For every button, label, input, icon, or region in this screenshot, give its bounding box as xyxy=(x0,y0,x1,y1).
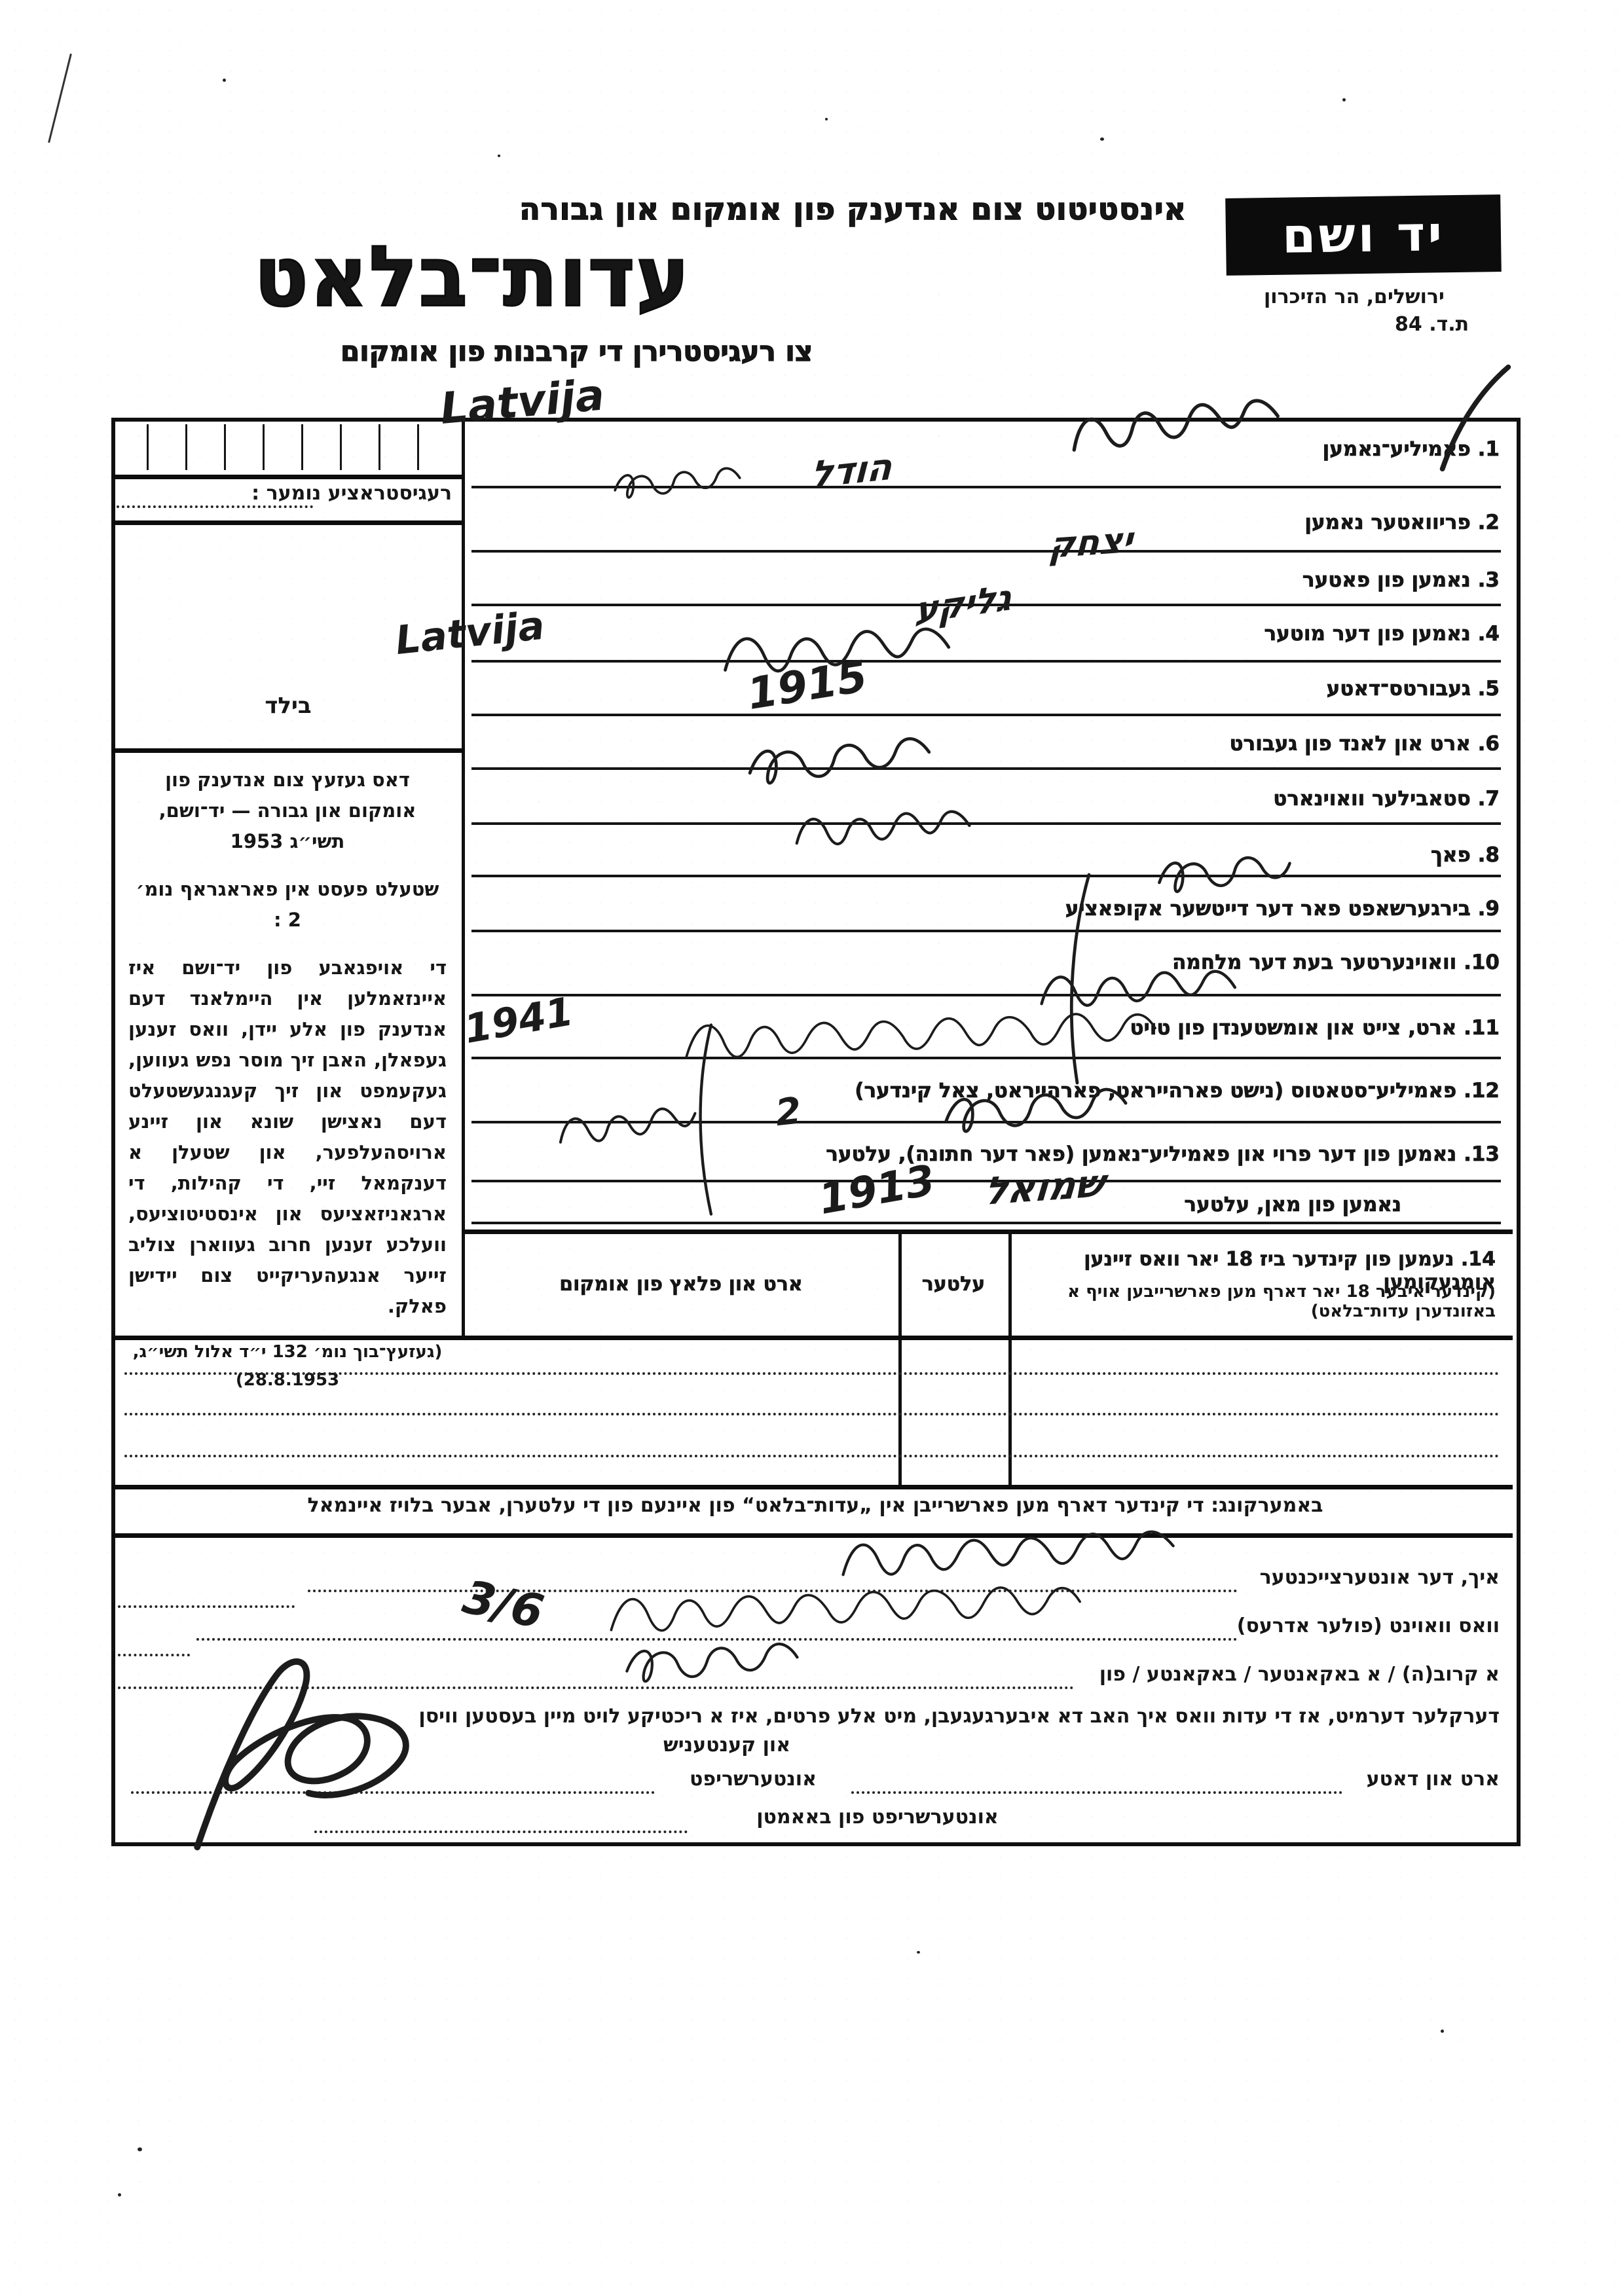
table-bottom-line xyxy=(111,1485,1513,1489)
declaration-address-label: וואס וואוינט (פולער אדרעס) xyxy=(1237,1614,1500,1637)
remark-note: באמערקונג: די קינדער דארף מען פארשרייבן … xyxy=(151,1494,1480,1517)
declaration-relative-label: א קרוב(ה) / א באקאנטער / באקאנטע / פון xyxy=(1099,1663,1500,1686)
field-label-2: 2. פריוואטער נאמען xyxy=(1304,511,1500,534)
testimony-page-scan: אינסטיטוט צום אנדענק פון אומקום און גבור… xyxy=(0,0,1624,2296)
field-line-9 xyxy=(471,930,1501,932)
handwriting-stroke-mark-1 xyxy=(1426,354,1521,482)
table-top-line xyxy=(462,1230,1513,1234)
field-label-7: 7. סטאבילער וואוינארט xyxy=(1273,787,1500,811)
registration-band-bottom-line xyxy=(111,520,465,525)
handwriting-father-name: יצחק xyxy=(1048,519,1134,566)
digit-cell-divider xyxy=(263,424,265,470)
header-subtitle-bottom: צו רעגיסטרירן די קרבנות פון אומקום xyxy=(341,335,813,367)
table-header-bottom-line xyxy=(111,1336,1513,1340)
field-label-3: 3. נאמען פון פאטער xyxy=(1302,568,1500,592)
digit-cell-divider xyxy=(185,424,187,470)
table-row-3 xyxy=(124,1455,1500,1457)
address-line-2: ת.ד. 84 xyxy=(1395,313,1469,336)
scan-speck xyxy=(498,155,500,157)
declaration-undersigned-label: איך, דער אונטערצייכנטער xyxy=(1260,1566,1500,1589)
handwriting-children-count: 2 xyxy=(773,1089,803,1135)
photo-box-label: בילד xyxy=(111,693,465,719)
field-label-9: 9. בירגערשאפט פאר דער דייטשער אקופאציע xyxy=(1065,897,1500,920)
digit-cell-divider xyxy=(378,424,380,470)
handwriting-first-name: הודל xyxy=(809,445,893,497)
scan-speck xyxy=(825,118,828,120)
field-label-6: 6. ארט און לאנד פון געבורט xyxy=(1230,732,1500,756)
field-line-2 xyxy=(471,550,1501,553)
declaration-address-field-cont xyxy=(118,1654,190,1656)
yad-vashem-logo-text: יד ושם xyxy=(1282,206,1445,264)
yad-vashem-logo: יד ושם xyxy=(1225,194,1502,276)
law-paragraph-1: דאס געזעץ צום אנדענק פון אומקום און גבור… xyxy=(128,765,447,857)
field-line-13b xyxy=(471,1222,1501,1224)
declaration-statement-2: און קענטעניש xyxy=(622,1734,832,1757)
declaration-place-date-field xyxy=(851,1791,1342,1794)
field-line-10 xyxy=(471,994,1501,996)
field-label-13b: נאמען פון מאן, עלטער xyxy=(1184,1193,1401,1216)
handwriting-stroke-mark-2 xyxy=(1054,871,1100,1087)
field-label-8: 8. פאך xyxy=(1431,843,1500,867)
digit-cell-divider xyxy=(224,424,226,470)
field-label-4: 4. נאמען פון דער מוטער xyxy=(1264,622,1500,646)
table-header-age: עלטער xyxy=(898,1273,1008,1296)
field-label-5: 5. געבורטס־דאטע xyxy=(1327,677,1500,701)
digit-cell-divider xyxy=(340,424,342,470)
scan-speck xyxy=(223,79,226,82)
law-sidebar: דאס געזעץ צום אנדענק פון אומקום און גבור… xyxy=(128,765,447,1411)
column-divider xyxy=(462,418,465,1337)
law-paragraph-3: די אויפגאבע פון יד־ושם איז איינזאמלען אי… xyxy=(128,953,447,1322)
digit-cell-divider xyxy=(417,424,419,470)
table-header-children-note: (קינדער איבער 18 יאר דארף מען פארשרייבען… xyxy=(1022,1282,1496,1321)
table-row-2 xyxy=(124,1413,1500,1415)
scan-speck xyxy=(118,2193,121,2196)
photo-box-bottom-line xyxy=(111,748,465,753)
declaration-official-signature-field xyxy=(314,1831,688,1833)
law-paragraph-4: (געזעץ־בוך נומ׳ 132 י״ד אלול תשי״ג, 28.8… xyxy=(128,1338,447,1393)
header-subtitle-top: אינסטיטוט צום אנדענק פון אומקום און גבור… xyxy=(519,191,1187,227)
scan-edge-artifact xyxy=(48,54,72,143)
declaration-statement: דערקלער דערמיט, אז די עדות וואס איך האב … xyxy=(418,1705,1500,1728)
handwriting-husband-name: שמואל xyxy=(982,1161,1106,1214)
scan-speck xyxy=(917,1951,920,1954)
law-paragraph-2: שטעלט פעסט אין פאראגראף נומ׳ 2 : xyxy=(128,874,447,936)
digit-cell-divider xyxy=(301,424,303,470)
page-title: עדות־בלאט xyxy=(254,228,691,325)
registration-number-field xyxy=(117,505,313,508)
handwriting-stroke-mark-3 xyxy=(681,1021,727,1218)
digit-cells-bottom-line xyxy=(111,475,465,479)
declaration-undersigned-field-cont xyxy=(118,1605,295,1608)
address-line-1: ירושלים, הר הזיכרון xyxy=(1264,285,1445,308)
table-divider-age-left xyxy=(1008,1230,1012,1485)
digit-cell-divider xyxy=(147,424,149,470)
scan-speck xyxy=(1100,137,1104,141)
scan-speck xyxy=(1441,2030,1444,2033)
table-header-place: ארט און פלאץ פון אומקום xyxy=(471,1273,891,1296)
declaration-official-signature-label: אונטערשריפט פון באאמטן xyxy=(694,1806,1061,1829)
declaration-signature-label: אונטערשריפט xyxy=(661,1768,845,1791)
scan-speck xyxy=(138,2147,142,2151)
table-row-1 xyxy=(124,1372,1500,1375)
table-divider-age-right xyxy=(898,1230,902,1485)
declaration-place-date-label: ארט און דאטע xyxy=(1367,1768,1500,1791)
scan-speck xyxy=(1342,98,1346,101)
field-line-5 xyxy=(471,714,1501,716)
field-line-6 xyxy=(471,767,1501,770)
registration-number-label: רעגיסטראציע נומער : xyxy=(251,482,452,505)
